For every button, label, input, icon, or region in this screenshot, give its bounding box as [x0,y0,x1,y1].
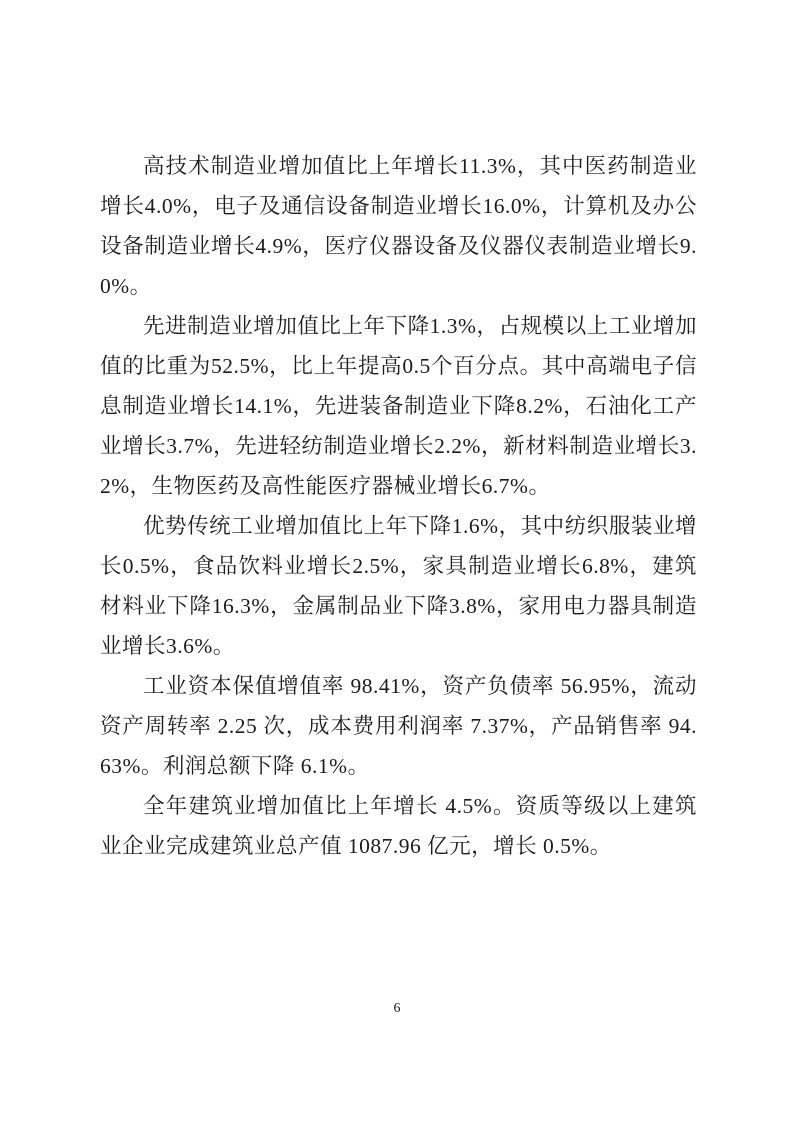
paragraph-hightech-manufacturing: 高技术制造业增加值比上年增长11.3%，其中医药制造业增长4.0%，电子及通信设… [100,146,697,306]
document-body: 高技术制造业增加值比上年增长11.3%，其中医药制造业增长4.0%，电子及通信设… [100,146,697,866]
paragraph-construction-industry: 全年建筑业增加值比上年增长 4.5%。资质等级以上建筑业企业完成建筑业总产值 1… [100,786,697,866]
document-page: 高技术制造业增加值比上年增长11.3%，其中医药制造业增长4.0%，电子及通信设… [0,0,794,1123]
paragraph-advanced-manufacturing: 先进制造业增加值比上年下降1.3%，占规模以上工业增加值的比重为52.5%，比上… [100,306,697,506]
page-footer: 6 [0,999,794,1017]
page-number: 6 [394,1001,401,1016]
paragraph-industrial-capital: 工业资本保值增值率 98.41%，资产负债率 56.95%，流动资产周转率 2.… [100,666,697,786]
paragraph-traditional-industry: 优势传统工业增加值比上年下降1.6%，其中纺织服装业增长0.5%，食品饮料业增长… [100,506,697,666]
